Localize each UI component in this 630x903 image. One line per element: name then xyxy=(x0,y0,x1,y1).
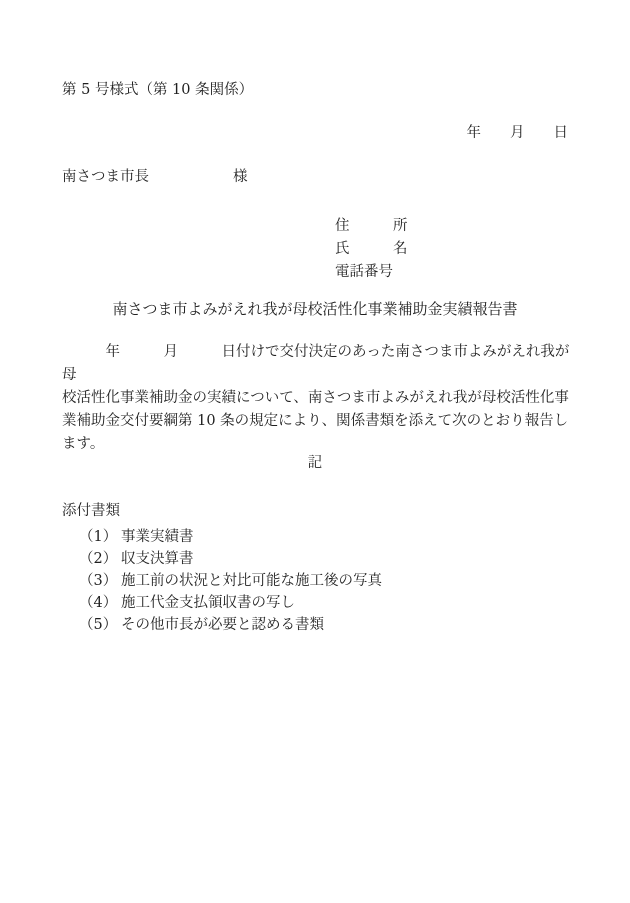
record-marker: 記 xyxy=(62,456,568,471)
sender-name-label: 氏 名 xyxy=(335,238,408,261)
sender-fields: 住 所 氏 名 電話番号 xyxy=(335,215,408,284)
attachments-heading: 添付書類 xyxy=(62,504,120,519)
recipient-name: 南さつま市長 xyxy=(62,169,149,185)
attachment-item-text: 施工前の状況と対比可能な施工後の写真 xyxy=(121,573,382,589)
document-title: 南さつま市よみがえれ我が母校活性化事業補助金実績報告書 xyxy=(62,301,568,317)
attachment-item: （2）収支決算書 xyxy=(79,548,382,570)
attachment-item: （3）施工前の状況と対比可能な施工後の写真 xyxy=(79,570,382,592)
attachment-item-text: 施工代金支払領収書の写し xyxy=(121,595,295,611)
recipient-honorific: 様 xyxy=(233,169,248,185)
date-line: 年 月 日 xyxy=(62,126,568,141)
attachment-item-text: 収支決算書 xyxy=(121,551,194,567)
attachment-item-number: （4） xyxy=(79,592,121,614)
body-line: 年 月 日付けで交付決定のあった南さつま市よみがえれ我が母 xyxy=(62,341,582,387)
attachment-item-number: （2） xyxy=(79,548,121,570)
document-page: 第 5 号様式（第 10 条関係） 年 月 日 南さつま市長様 住 所 氏 名 … xyxy=(0,0,630,903)
attachment-item-text: その他市長が必要と認める書類 xyxy=(121,617,324,633)
attachment-item: （1）事業実績書 xyxy=(79,526,382,548)
attachments-list: （1）事業実績書 （2）収支決算書 （3）施工前の状況と対比可能な施工後の写真 … xyxy=(79,526,382,636)
body-line: ます。 xyxy=(62,433,582,456)
body-paragraph: 年 月 日付けで交付決定のあった南さつま市よみがえれ我が母 校活性化事業補助金の… xyxy=(62,341,582,456)
body-line: 校活性化事業補助金の実績について、南さつま市よみがえれ我が母校活性化事 xyxy=(62,387,582,410)
attachment-item: （5）その他市長が必要と認める書類 xyxy=(79,614,382,636)
recipient-line: 南さつま市長様 xyxy=(62,170,248,185)
attachment-item-number: （1） xyxy=(79,526,121,548)
body-line: 業補助金交付要綱第 10 条の規定により、関係書類を添えて次のとおり報告し xyxy=(62,410,582,433)
attachment-item-text: 事業実績書 xyxy=(121,529,194,545)
form-number-line: 第 5 号様式（第 10 条関係） xyxy=(62,83,253,98)
attachment-item-number: （5） xyxy=(79,614,121,636)
sender-phone-label: 電話番号 xyxy=(335,261,408,284)
attachment-item-number: （3） xyxy=(79,570,121,592)
sender-address-label: 住 所 xyxy=(335,215,408,238)
attachment-item: （4）施工代金支払領収書の写し xyxy=(79,592,382,614)
